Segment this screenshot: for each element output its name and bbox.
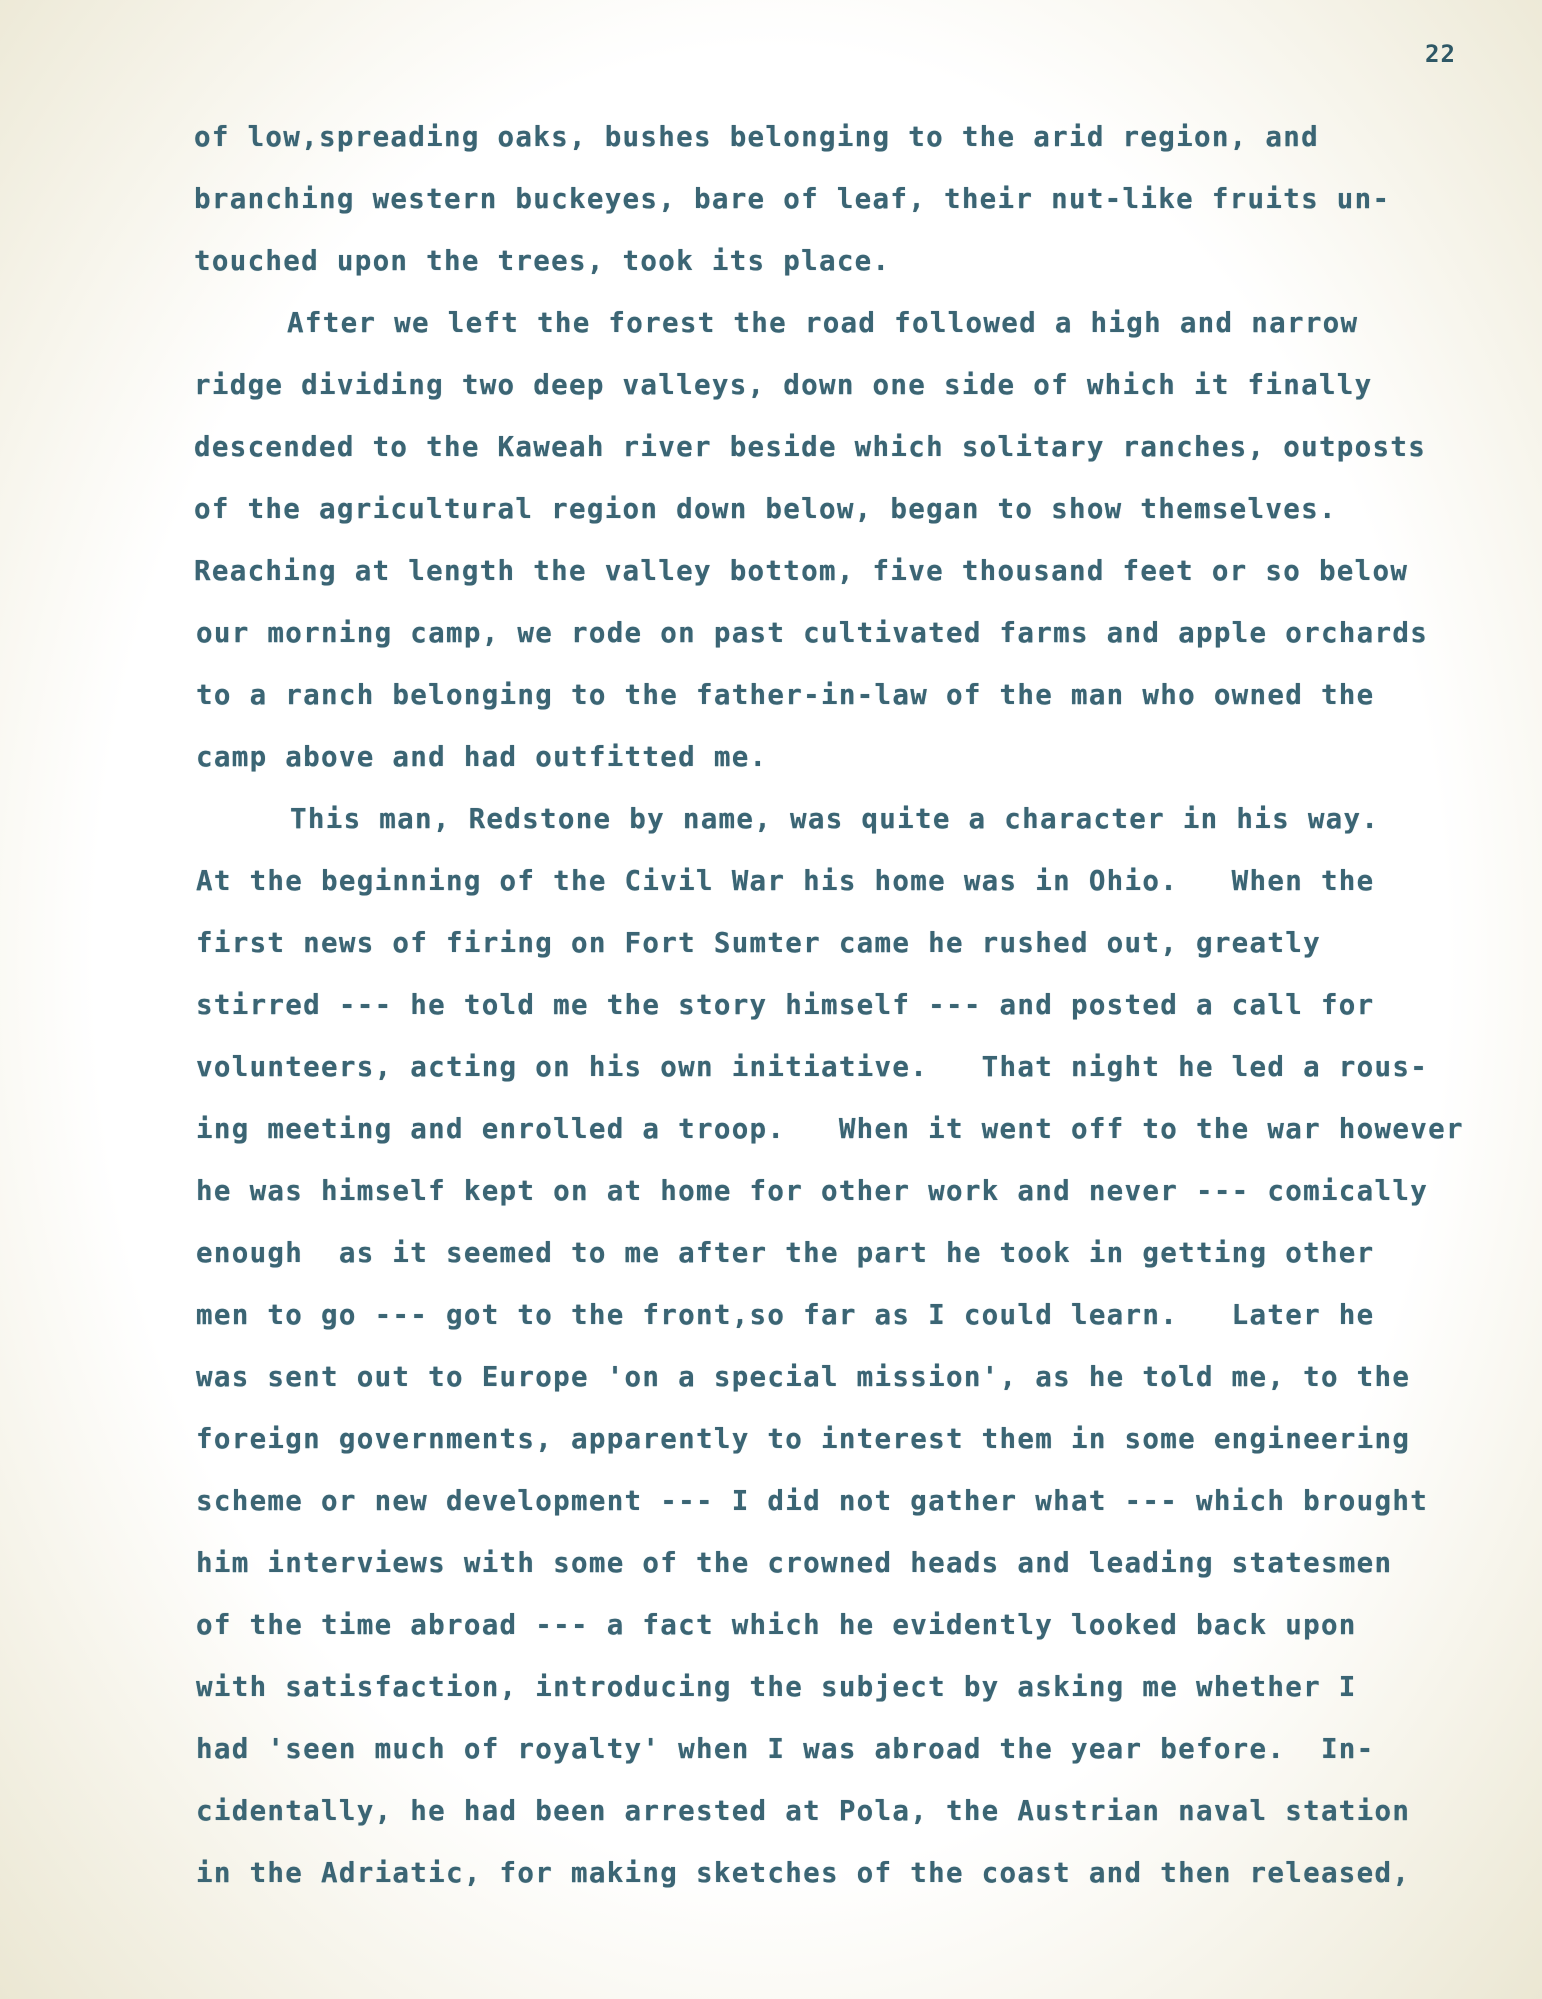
text-line: ridge dividing two deep valleys, down on…: [194, 372, 1373, 400]
text-line: branching western buckeyes, bare of leaf…: [194, 186, 1390, 214]
text-line: scheme or new development --- I did not …: [196, 1488, 1428, 1516]
text-line: men to go --- got to the front,so far as…: [196, 1302, 1375, 1330]
text-line: to a ranch belonging to the father-in-la…: [196, 682, 1375, 710]
text-line: stirred --- he told me the story himself…: [196, 992, 1375, 1020]
page-number: 22: [1425, 40, 1456, 68]
text-line: was sent out to Europe 'on a special mis…: [196, 1364, 1410, 1392]
text-line: foreign governments, apparently to inter…: [196, 1426, 1410, 1454]
text-line: At the beginning of the Civil War his ho…: [196, 868, 1375, 896]
text-line: This man, Redstone by name, was quite a …: [290, 806, 1379, 834]
text-line: of the agricultural region down below, b…: [194, 496, 1337, 524]
text-line: he was himself kept on at home for other…: [196, 1178, 1428, 1206]
text-line: of low,spreading oaks, bushes belonging …: [194, 124, 1319, 152]
text-line: first news of firing on Fort Sumter came…: [196, 930, 1321, 958]
text-line: enough as it seemed to me after the part…: [196, 1240, 1375, 1268]
text-line: volunteers, acting on his own initiative…: [196, 1054, 1428, 1082]
text-line: with satisfaction, introducing the subje…: [196, 1674, 1357, 1702]
typewritten-page: 22 of low,spreading oaks, bushes belongi…: [0, 0, 1542, 1999]
text-line: in the Adriatic, for making sketches of …: [196, 1860, 1410, 1888]
text-line: Reaching at length the valley bottom, fi…: [194, 558, 1408, 586]
text-line: him interviews with some of the crowned …: [196, 1550, 1392, 1578]
text-line: touched upon the trees, took its place.: [194, 248, 890, 276]
text-line: After we left the forest the road follow…: [287, 310, 1358, 338]
text-line: descended to the Kaweah river beside whi…: [194, 434, 1426, 462]
text-line: our morning camp, we rode on past cultiv…: [196, 620, 1428, 648]
text-line: had 'seen much of royalty' when I was ab…: [196, 1736, 1375, 1764]
text-line: cidentally, he had been arrested at Pola…: [196, 1798, 1410, 1826]
text-line: of the time abroad --- a fact which he e…: [196, 1612, 1357, 1640]
text-line: camp above and had outfitted me.: [196, 744, 767, 772]
text-line: ing meeting and enrolled a troop. When i…: [196, 1116, 1464, 1144]
